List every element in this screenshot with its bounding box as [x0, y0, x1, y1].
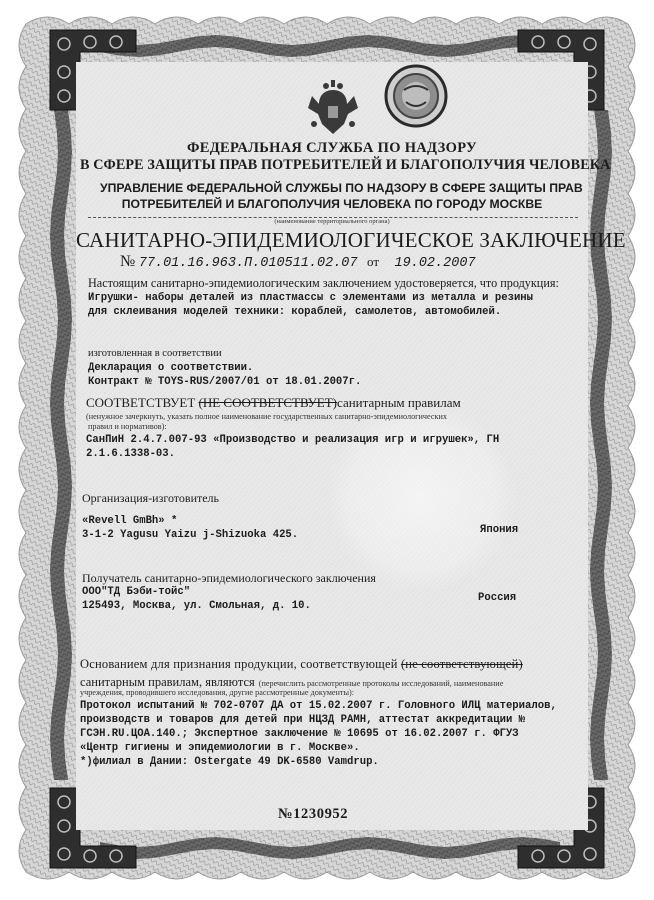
manufacturer-address: 3-1-2 Yagusu Yaizu j-Shizuoka 425.: [82, 529, 298, 541]
manufacturer-label: Организация-изготовитель: [82, 491, 219, 506]
number-prefix: №: [120, 253, 135, 270]
compliance-status: СООТВЕТСТВУЕТ: [86, 395, 195, 410]
recipient-label: Получатель санитарно-эпидемиологического…: [82, 571, 376, 586]
basis-struck: (не соответствующей): [401, 657, 523, 671]
form-number: №1230952: [278, 806, 348, 823]
compliance-note-line1: (ненужное зачеркнуть, указать полное наи…: [86, 412, 447, 421]
compliance-note-line2: правил и нормативов):: [88, 422, 167, 431]
recipient-address: 125493, Москва, ул. Смольная, д. 10.: [82, 600, 311, 612]
department-name-line2: ПОТРЕБИТЕЛЕЙ И БЛАГОПОЛУЧИЯ ЧЕЛОВЕКА ПО …: [76, 197, 588, 211]
basis-document-line: Протокол испытаний № 702-0707 ДА от 15.0…: [80, 700, 557, 712]
product-description-line2: для склеивания моделей техники: кораблей…: [88, 306, 501, 318]
watermark-emblem: [326, 402, 516, 592]
basis-document-line: производств и товаров для детей при НЦЗД…: [80, 714, 525, 726]
product-intro: Настоящим санитарно-эпидемиологическим з…: [88, 276, 559, 291]
agency-name-line1: ФЕДЕРАЛЬНАЯ СЛУЖБА ПО НАДЗОРУ: [76, 140, 588, 157]
recipient-country: Россия: [478, 592, 516, 604]
basis-prefix: Основанием для признания продукции, соот…: [80, 657, 398, 671]
compliance-suffix: санитарным правилам: [337, 395, 461, 410]
document-title: САНИТАРНО-ЭПИДЕМИОЛОГИЧЕСКОЕ ЗАКЛЮЧЕНИЕ: [76, 228, 588, 253]
department-caption: (наименование территориального органа): [76, 218, 588, 225]
compliance-struck: (НЕ СООТВЕТСТВУЕТ): [199, 395, 338, 410]
double-headed-eagle-emblem-icon: [304, 78, 362, 138]
date-prefix: от: [367, 254, 379, 269]
basis-document-line: «Центр гигиены и эпидемиологии в г. Моск…: [80, 742, 360, 754]
manufacturer-name: «Revell GmBh» *: [82, 515, 177, 527]
recipient-name: ООО"ТД Бэби-тойс": [82, 586, 190, 598]
sanitary-rules-line1: СанПиН 2.4.7.007-93 «Производство и реал…: [86, 434, 499, 446]
basis-bold: санитарным правилам, являются: [80, 675, 255, 689]
conclusion-number-line: № 77.01.16.963.П.010511.02.07 от 19.02.2…: [120, 253, 476, 271]
basis-document-line: *)филиал в Дании: Ostergate 49 DK-6580 V…: [80, 756, 379, 768]
agency-name-line2: В СФЕРЕ ЗАЩИТЫ ПРАВ ПОТРЕБИТЕЛЕЙ И БЛАГО…: [80, 157, 611, 174]
basis-line1: Основанием для признания продукции, соот…: [80, 657, 523, 672]
basis-note: (перечислить рассмотренные протоколы исс…: [259, 679, 504, 688]
conclusion-number: 77.01.16.963.П.010511.02.07: [139, 256, 358, 271]
hologram-seal-icon: [384, 64, 448, 128]
basis-note-line2: учреждения, проводившего исследования, д…: [80, 688, 354, 697]
conclusion-date: 19.02.2007: [395, 256, 476, 271]
compliance-line: СООТВЕТСТВУЕТ (НЕ СООТВЕТСТВУЕТ)санитарн…: [86, 395, 461, 411]
sanitary-rules-line2: 2.1.6.1338-03.: [86, 448, 175, 460]
basis-document-line: ГСЭН.RU.ЦОА.140.; Экспертное заключение …: [80, 728, 519, 740]
contract-line: Контракт № TOYS-RUS/2007/01 от 18.01.200…: [88, 376, 361, 388]
manufacturer-country: Япония: [480, 524, 518, 536]
declaration-line: Декларация о соответствии.: [88, 362, 253, 374]
product-description-line1: Игрушки- наборы деталей из пластмассы с …: [88, 292, 533, 304]
manufactured-label: изготовленная в соответствии: [88, 348, 222, 359]
department-name-line1: УПРАВЛЕНИЕ ФЕДЕРАЛЬНОЙ СЛУЖБЫ ПО НАДЗОРУ…: [100, 181, 583, 195]
